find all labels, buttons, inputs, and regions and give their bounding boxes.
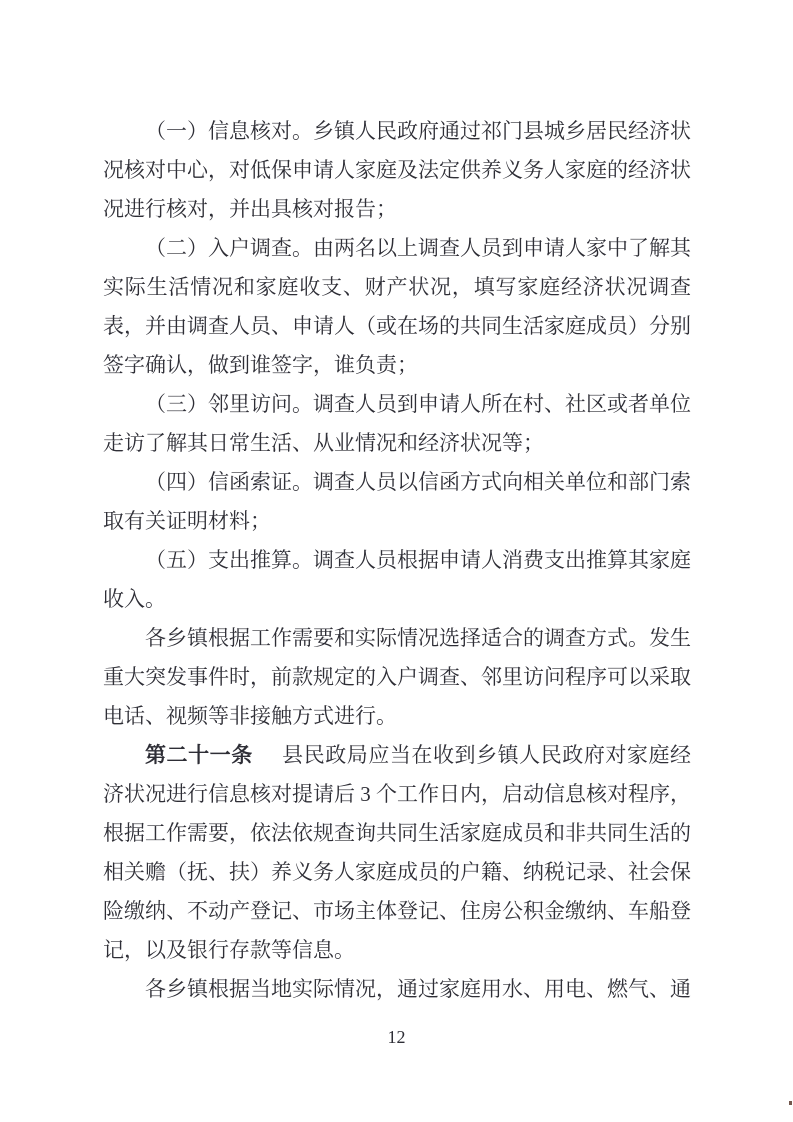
paragraph: （一）信息核对。乡镇人民政府通过祁门县城乡居民经济状况核对中心，对低保申请人家庭…: [103, 112, 691, 229]
paragraph: （二）入户调查。由两名以上调查人员到申请人家中了解其实际生活情况和家庭收支、财产…: [103, 229, 691, 385]
paragraph: （三）邻里访问。调查人员到申请人所在村、社区或者单位走访了解其日常生活、从业情况…: [103, 385, 691, 463]
paragraph: 各乡镇根据当地实际情况，通过家庭用水、用电、燃气、通: [103, 970, 691, 1009]
article-number: 第二十一条: [145, 743, 253, 767]
paragraph: 各乡镇根据工作需要和实际情况选择适合的调查方式。发生重大突发事件时，前款规定的入…: [103, 619, 691, 736]
paragraph-text: 县民政局应当在收到乡镇人民政府对家庭经济状况进行信息核对提请后 3 个工作日内，…: [103, 743, 691, 962]
paragraph: （四）信函索证。调查人员以信函方式向相关单位和部门索取有关证明材料；: [103, 463, 691, 541]
paragraph: （五）支出推算。调查人员根据申请人消费支出推算其家庭收入。: [103, 541, 691, 619]
document-body: （一）信息核对。乡镇人民政府通过祁门县城乡居民经济状况核对中心，对低保申请人家庭…: [103, 112, 691, 1009]
document-page: （一）信息核对。乡镇人民政府通过祁门县城乡居民经济状况核对中心，对低保申请人家庭…: [0, 0, 793, 1122]
paragraph: 第二十一条县民政局应当在收到乡镇人民政府对家庭经济状况进行信息核对提请后 3 个…: [103, 736, 691, 970]
page-number: 12: [0, 1026, 793, 1048]
scan-speck: [789, 1101, 792, 1105]
